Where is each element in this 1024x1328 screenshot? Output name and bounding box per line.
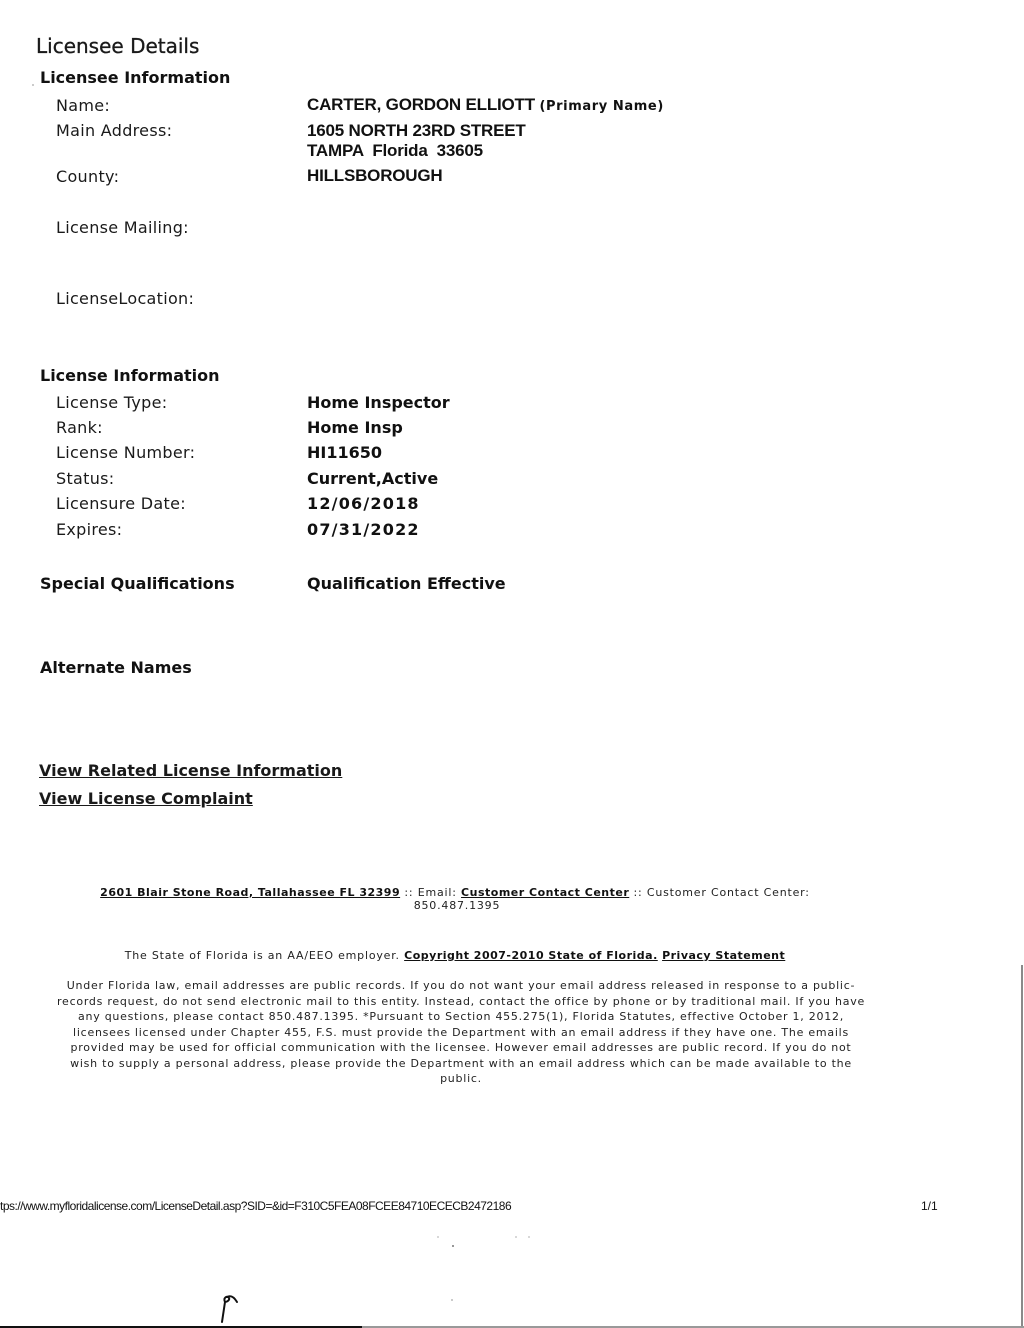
scan-speck <box>452 1245 454 1247</box>
license-mailing-label: License Mailing: <box>56 218 189 237</box>
main-address-label: Main Address: <box>56 121 172 140</box>
rank-value: Home Insp <box>307 418 403 438</box>
print-url: tps://www.myfloridalicense.com/LicenseDe… <box>0 1199 511 1213</box>
license-type-label: License Type: <box>56 393 167 412</box>
footer-copyright: The State of Florida is an AA/EEO employ… <box>50 949 860 962</box>
scan-speck <box>528 1236 530 1238</box>
disclaimer-line: wish to supply a personal address, pleas… <box>56 1056 866 1072</box>
rank-label: Rank: <box>56 418 103 437</box>
license-type-value: Home Inspector <box>307 393 450 413</box>
county-value: HILLSBOROUGH <box>307 166 442 186</box>
view-license-complaint-link[interactable]: View License Complaint <box>39 789 253 808</box>
licensure-date-value: 12/06/2018 <box>307 494 420 514</box>
address-link[interactable]: 2601 Blair Stone Road, Tallahassee FL 32… <box>100 886 400 899</box>
main-address-line-2: TAMPA Florida 33605 <box>307 141 483 161</box>
license-location-label: LicenseLocation: <box>56 289 194 308</box>
disclaimer-line: licensees licensed under Chapter 455, F.… <box>56 1025 866 1041</box>
disclaimer-line: records request, do not send electronic … <box>56 994 866 1010</box>
scan-speck <box>515 1236 517 1238</box>
page-title: Licensee Details <box>36 34 199 58</box>
email-disclaimer: Under Florida law, email addresses are p… <box>56 978 866 1087</box>
email-separator: :: Email: <box>400 886 461 899</box>
license-information-heading: License Information <box>40 366 220 385</box>
licensee-information-heading: Licensee Information <box>40 68 230 87</box>
status-value: Current,Active <box>307 469 438 489</box>
status-label: Status: <box>56 469 114 488</box>
licensee-name: CARTER, GORDON ELLIOTT <box>307 95 535 114</box>
name-value: CARTER, GORDON ELLIOTT (Primary Name) <box>307 95 664 117</box>
handwritten-mark-icon <box>218 1290 240 1324</box>
expires-label: Expires: <box>56 520 122 539</box>
county-label: County: <box>56 167 119 186</box>
customer-contact-center-link[interactable]: Customer Contact Center <box>461 886 629 899</box>
scan-speck <box>437 1236 439 1238</box>
alternate-names-heading: Alternate Names <box>40 658 192 677</box>
disclaimer-line: provided may be used for official commun… <box>56 1040 866 1056</box>
scan-speck <box>451 1299 453 1301</box>
employer-statement: The State of Florida is an AA/EEO employ… <box>125 949 404 962</box>
scan-edge-right <box>1021 965 1023 1328</box>
license-number-label: License Number: <box>56 443 195 462</box>
qualification-effective-header: Qualification Effective <box>307 574 506 594</box>
license-number-value: HI11650 <box>307 443 382 463</box>
disclaimer-line: Under Florida law, email addresses are p… <box>56 978 866 994</box>
primary-name-tag: (Primary Name) <box>539 99 663 114</box>
expires-value: 07/31/2022 <box>307 520 420 540</box>
contact-phone: 850.487.1395 <box>54 899 860 912</box>
special-qualifications-heading: Special Qualifications <box>40 574 235 593</box>
name-label: Name: <box>56 96 110 115</box>
contact-center-label: :: Customer Contact Center: <box>629 886 810 899</box>
view-related-license-link[interactable]: View Related License Information <box>39 761 342 780</box>
copyright-link[interactable]: Copyright 2007-2010 State of Florida. <box>404 949 658 962</box>
disclaimer-line: any questions, please contact 850.487.13… <box>56 1009 866 1025</box>
privacy-statement-link[interactable]: Privacy Statement <box>662 949 785 962</box>
print-page-number: 1/1 <box>921 1199 938 1213</box>
main-address-line-1: 1605 NORTH 23RD STREET <box>307 121 526 141</box>
scan-speck <box>32 84 34 86</box>
licensure-date-label: Licensure Date: <box>56 494 186 513</box>
disclaimer-line: public. <box>56 1071 866 1087</box>
footer-contact: 2601 Blair Stone Road, Tallahassee FL 32… <box>50 886 860 912</box>
